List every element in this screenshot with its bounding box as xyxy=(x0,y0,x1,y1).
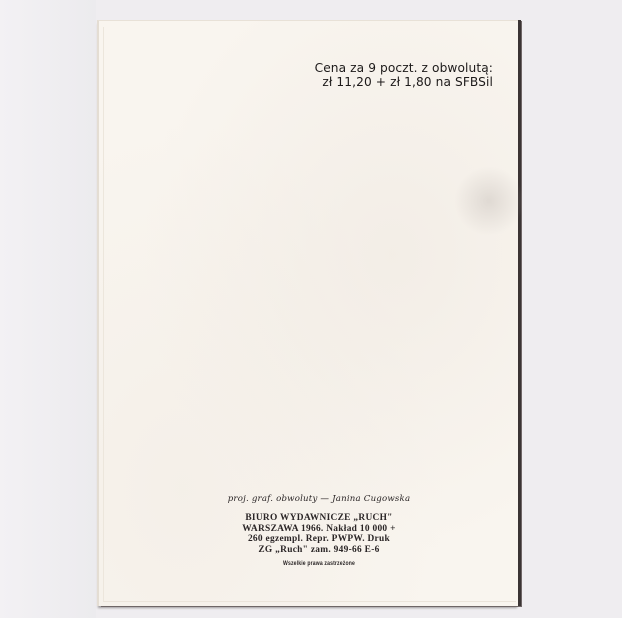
publisher-line: WARSZAWA 1966. Nakład 10 000 + xyxy=(199,524,439,535)
price-line: zł 11,20 + zł 1,80 na SFBSil xyxy=(315,75,493,89)
booklet-back-cover: Cena za 9 poczt. z obwolutą: zł 11,20 + … xyxy=(97,20,518,606)
paper-smudge xyxy=(454,166,524,236)
price-note: Cena za 9 poczt. z obwolutą: zł 11,20 + … xyxy=(315,61,493,89)
publisher-info: BIURO WYDAWNICZE „RUCH" WARSZAWA 1966. N… xyxy=(199,513,439,555)
publisher-line: 260 egzempl. Repr. PWPW. Druk xyxy=(199,534,439,545)
background xyxy=(0,0,96,618)
price-line: Cena za 9 poczt. z obwolutą: xyxy=(315,61,493,75)
rights-notice: Wszelkie prawa zastrzeżone xyxy=(221,560,418,568)
publisher-line: ZG „Ruch" zam. 949-66 E-6 xyxy=(199,545,439,556)
imprint-block: proj. graf. obwoluty — Janina Cugowska B… xyxy=(199,494,439,568)
publisher-line: BIURO WYDAWNICZE „RUCH" xyxy=(199,513,439,524)
design-credit: proj. graf. obwoluty — Janina Cugowska xyxy=(199,494,439,505)
